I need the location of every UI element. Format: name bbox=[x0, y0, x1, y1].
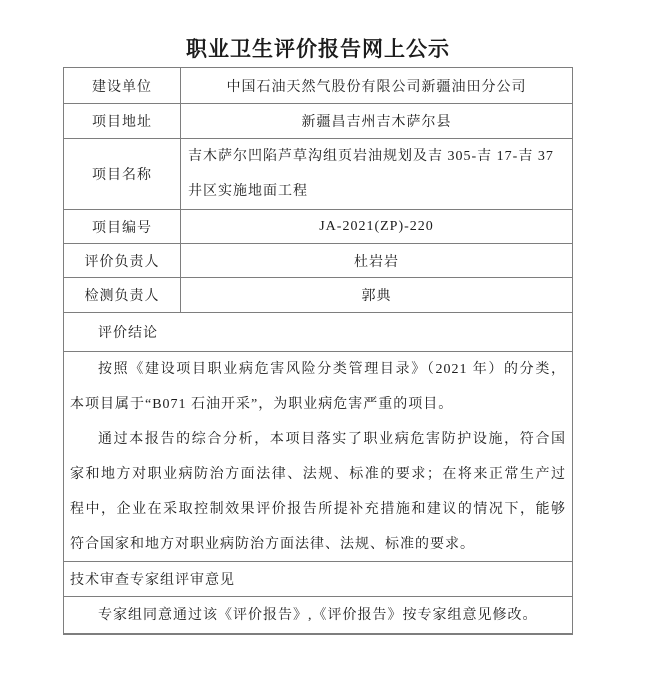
row-value: JA-2021(ZP)-220 bbox=[181, 210, 572, 243]
row-value: 新疆昌吉州吉木萨尔县 bbox=[181, 104, 572, 138]
table-row-evaluation-lead: 评价负责人 杜岩岩 bbox=[64, 244, 572, 278]
row-value: 杜岩岩 bbox=[181, 244, 572, 277]
review-header-row: 技术审查专家组评审意见 bbox=[64, 562, 572, 597]
conclusion-header-label: 评价结论 bbox=[98, 322, 158, 342]
row-value: 郭典 bbox=[181, 278, 572, 312]
row-label: 建设单位 bbox=[64, 68, 181, 103]
table-row-project-number: 项目编号 JA-2021(ZP)-220 bbox=[64, 210, 572, 244]
table-row-project-name: 项目名称 吉木萨尔凹陷芦草沟组页岩油规划及吉 305-吉 17-吉 37 井区实… bbox=[64, 139, 572, 210]
conclusion-para1-line2: 本项目属于“B071 石油开采”，为职业病危害严重的项目。 bbox=[70, 387, 566, 422]
conclusion-para2-line1: 通过本报告的综合分析，本项目落实了职业病危害防护设施，符合国 bbox=[70, 422, 566, 457]
review-comment-row: 专家组同意通过该《评价报告》,《评价报告》按专家组意见修改。 bbox=[64, 597, 572, 633]
table-row-project-address: 项目地址 新疆昌吉州吉木萨尔县 bbox=[64, 104, 572, 139]
row-value: 吉木萨尔凹陷芦草沟组页岩油规划及吉 305-吉 17-吉 37 井区实施地面工程 bbox=[181, 139, 572, 209]
table-row-construction-unit: 建设单位 中国石油天然气股份有限公司新疆油田分公司 bbox=[64, 68, 572, 104]
notice-table: 建设单位 中国石油天然气股份有限公司新疆油田分公司 项目地址 新疆昌吉州吉木萨尔… bbox=[63, 67, 573, 635]
conclusion-text-row: 按照《建设项目职业病危害风险分类管理目录》（2021 年）的分类， 本项目属于“… bbox=[64, 352, 572, 562]
conclusion-para1-line1: 按照《建设项目职业病危害风险分类管理目录》（2021 年）的分类， bbox=[70, 352, 566, 387]
row-label: 项目编号 bbox=[64, 210, 181, 243]
review-header-label: 技术审查专家组评审意见 bbox=[70, 569, 235, 589]
review-comment-text: 专家组同意通过该《评价报告》,《评价报告》按专家组意见修改。 bbox=[70, 598, 566, 633]
project-name-line-2: 井区实施地面工程 bbox=[188, 174, 308, 209]
document-page: 职业卫生评价报告网上公示 建设单位 中国石油天然气股份有限公司新疆油田分公司 项… bbox=[0, 0, 650, 673]
row-label: 检测负责人 bbox=[64, 278, 181, 312]
row-value: 中国石油天然气股份有限公司新疆油田分公司 bbox=[181, 68, 572, 103]
row-label: 项目名称 bbox=[64, 139, 181, 209]
conclusion-para2-line3: 程中，企业在采取控制效果评价报告所提补充措施和建议的情况下，能够 bbox=[70, 492, 566, 527]
row-label: 评价负责人 bbox=[64, 244, 181, 277]
conclusion-para2-line2: 家和地方对职业病防治方面法律、法规、标准的要求；在将来正常生产过 bbox=[70, 457, 566, 492]
page-title: 职业卫生评价报告网上公示 bbox=[63, 33, 573, 63]
table-row-testing-lead: 检测负责人 郭典 bbox=[64, 278, 572, 313]
conclusion-para2-line4: 符合国家和地方对职业病防治方面法律、法规、标准的要求。 bbox=[70, 527, 566, 562]
conclusion-header-row: 评价结论 bbox=[64, 313, 572, 352]
project-name-line-1: 吉木萨尔凹陷芦草沟组页岩油规划及吉 305-吉 17-吉 37 bbox=[188, 139, 554, 174]
row-label: 项目地址 bbox=[64, 104, 181, 138]
